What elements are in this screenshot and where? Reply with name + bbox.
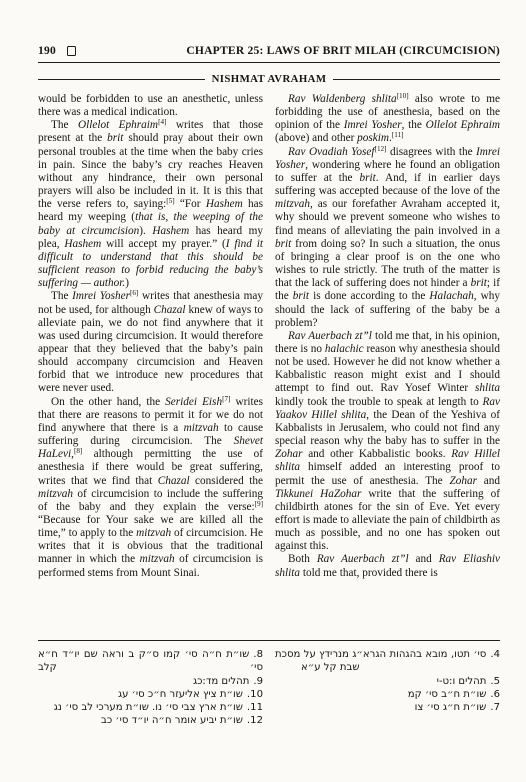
right-column: Rav Waldenberg shlita[10] also wrote to … [275,93,500,640]
header-rule [38,62,500,63]
footnote-rule [38,640,500,641]
footnote-item: 12.שו״ת יביע אומר ח״ה יו״ד סי׳ כב [38,714,263,727]
footnote-text: תהלים ו:ט-י [437,676,487,687]
footnote-number: 10. [247,689,263,700]
footnote-number: 9. [253,676,263,687]
paragraph: Rav Ovadiah Yosef[12] disagrees with the… [275,146,500,330]
footnotes: 8.שו״ת ח״ה סי׳ קמו ס״ק ב וראה שם יו״ד ח״… [38,648,500,728]
footnote-text: שו״ת ח״ב סי׳ קמ [408,689,487,700]
footnote-number: 7. [490,702,500,713]
footnote-item: 5.תהלים ו:ט-י [275,675,500,688]
chapter-title: CHAPTER 25: LAWS OF BRIT MILAH (CIRCUMCI… [186,44,500,57]
book-page: 190 CHAPTER 25: LAWS OF BRIT MILAH (CIRC… [0,0,526,782]
footnote-text: שו״ת ח״ה סי׳ קמו ס״ק ב וראה שם יו״ד ח״א … [38,649,263,673]
footnote-number: 4. [490,649,500,660]
section-title: NISHMAT AVRAHAM [212,73,327,85]
paragraph: Both Rav Auerbach zt”l and Rav Eliashiv … [275,553,500,579]
section-rule-right [333,79,500,80]
footnote-text: שו״ת ח״ג סי׳ צו [415,702,487,713]
footnote-number: 6. [490,689,500,700]
footnote-item: 6.שו״ת ח״ב סי׳ קמ [275,688,500,701]
left-column: would be forbidden to use an anesthetic,… [38,93,263,640]
page-header: 190 CHAPTER 25: LAWS OF BRIT MILAH (CIRC… [38,44,500,57]
footnote-text: סי׳ תטו, מובא בהגהות הגרא״ג מנרידץ על מס… [275,649,486,660]
paragraph: would be forbidden to use an anesthetic,… [38,93,263,119]
footnote-number: 11. [247,702,263,713]
section-header: NISHMAT AVRAHAM [38,73,500,85]
footnote-text: שו״ת ארץ צבי סי׳ נו. שו״ת מערכי לב סי׳ נ… [54,702,243,713]
footnote-item: 9.תהלים מד:כג [38,675,263,688]
footnote-number: 8. [253,649,263,660]
paragraph: On the other hand, the Seridei Eish[7] w… [38,396,263,580]
footnotes-left-column: 8.שו״ת ח״ה סי׳ קמו ס״ק ב וראה שם יו״ד ח״… [38,648,263,728]
paragraph: The Ollelot Ephraim[4] writes that those… [38,119,263,290]
footnote-text: שו״ת יביע אומר ח״ה יו״ד סי׳ כב [101,715,243,726]
footnote-item: 8.שו״ת ח״ה סי׳ קמו ס״ק ב וראה שם יו״ד ח״… [38,648,263,675]
footnote-item: 7.שו״ת ח״ג סי׳ צו [275,701,500,714]
footnote-number: 12. [247,715,263,726]
footnote-text: תהלים מד:כג [193,676,249,687]
footnote-number: 5. [490,676,500,687]
footnote-item: 11.שו״ת ארץ צבי סי׳ נו. שו״ת מערכי לב סי… [38,701,263,714]
section-rule-left [38,79,205,80]
footnote-item: 10.שו״ת ציץ אליעזר ח״כ סי׳ עג [38,688,263,701]
chapter-marker-icon [67,46,76,56]
footnotes-right-column: 4.סי׳ תטו, מובא בהגהות הגרא״ג מנרידץ על … [275,648,500,728]
footnote-continuation: שבת קל ע״א [275,661,500,674]
page-number: 190 [38,44,56,57]
footnote-text: שו״ת ציץ אליעזר ח״כ סי׳ עג [118,689,243,700]
main-text: would be forbidden to use an anesthetic,… [38,93,500,640]
footnote-item: 4.סי׳ תטו, מובא בהגהות הגרא״ג מנרידץ על … [275,648,500,661]
paragraph: Rav Auerbach zt”l told me that, in his o… [275,330,500,554]
paragraph: The Imrei Yosher[6] writes that anesthes… [38,290,263,395]
paragraph: Rav Waldenberg shlita[10] also wrote to … [275,93,500,146]
